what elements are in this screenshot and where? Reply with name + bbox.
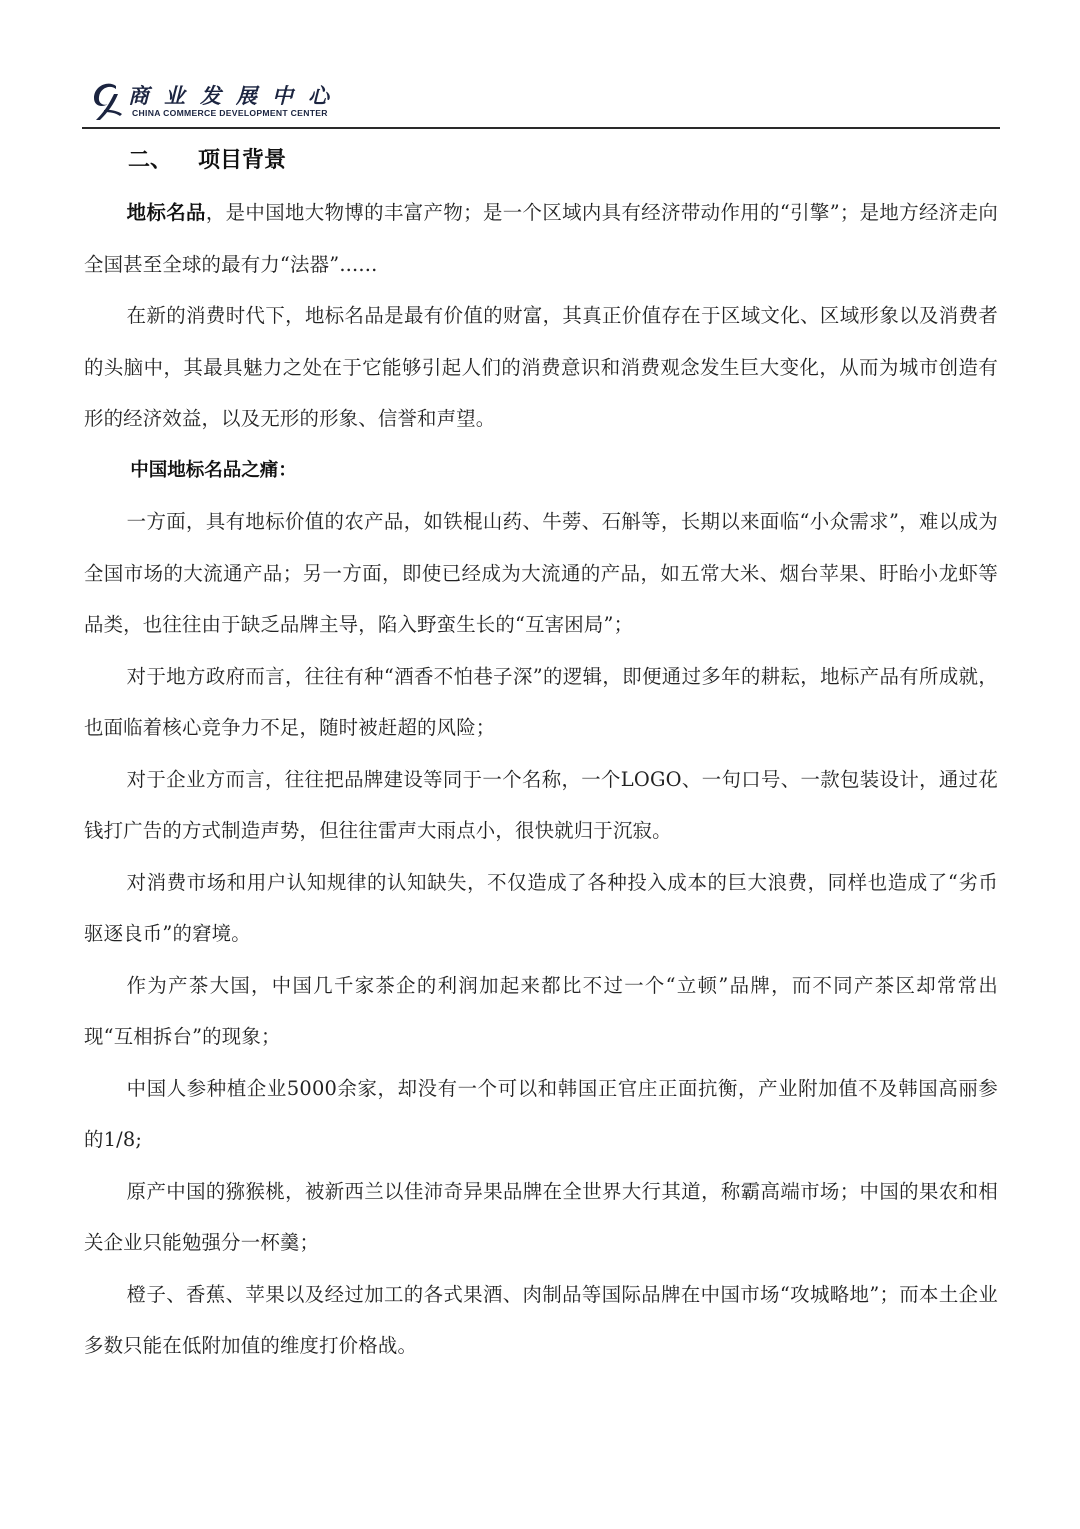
paragraph-value: 在新的消费时代下，地标名品是最有价值的财富，其真正价值存在于区域文化、区域形象以…	[84, 290, 998, 445]
intro-keyword: 地标名品	[127, 201, 206, 224]
paragraph-government: 对于地方政府而言，往往有种“酒香不怕巷子深”的逻辑，即便通过多年的耕耘，地标产品…	[84, 651, 998, 754]
paragraph-fruit-brands: 橙子、香蕉、苹果以及经过加工的各式果酒、肉制品等国际品牌在中国市场“攻城略地”；…	[84, 1269, 998, 1372]
page-header: 商业发展中心 CHINA COMMERCE DEVELOPMENT CENTER	[82, 78, 1000, 130]
paragraph-enterprise: 对于企业方而言，往往把品牌建设等同于一个名称，一个LOGO、一句口号、一款包装设…	[84, 754, 998, 857]
org-name-en: CHINA COMMERCE DEVELOPMENT CENTER	[132, 108, 328, 118]
document-body: 二、项目背景 地标名品，是中国地大物博的丰富产物；是一个区域内具有经济带动作用的…	[84, 141, 998, 1372]
subheading-pain-points: 中国地标名品之痛：	[84, 445, 998, 497]
section-number: 二、	[128, 141, 172, 181]
intro-text: ，是中国地大物博的丰富产物；是一个区域内具有经济带动作用的“引擎”；是地方经济走…	[84, 201, 998, 276]
paragraph-tea: 作为产茶大国，中国几千家茶企的利润加起来都比不过一个“立顿”品牌，而不同产茶区却…	[84, 960, 998, 1063]
logo-c-icon	[90, 80, 124, 122]
paragraph-kiwi: 原产中国的猕猴桃，被新西兰以佳沛奇异果品牌在全世界大行其道，称霸高端市场；中国的…	[84, 1166, 998, 1269]
header-divider	[82, 127, 1000, 129]
section-title: 二、项目背景	[128, 141, 998, 181]
org-name-cn: 商业发展中心	[128, 80, 344, 110]
paragraph-ginseng: 中国人参种植企业5000余家，却没有一个可以和韩国正官庄正面抗衡，产业附加值不及…	[84, 1063, 998, 1166]
paragraph-cognition: 对消费市场和用户认知规律的认知缺失，不仅造成了各种投入成本的巨大浪费，同样也造成…	[84, 857, 998, 960]
paragraph-products: 一方面，具有地标价值的农产品，如铁棍山药、牛蒡、石斛等，长期以来面临“小众需求”…	[84, 496, 998, 651]
section-title-text: 项目背景	[198, 148, 286, 173]
paragraph-intro: 地标名品，是中国地大物博的丰富产物；是一个区域内具有经济带动作用的“引擎”；是地…	[84, 187, 998, 290]
